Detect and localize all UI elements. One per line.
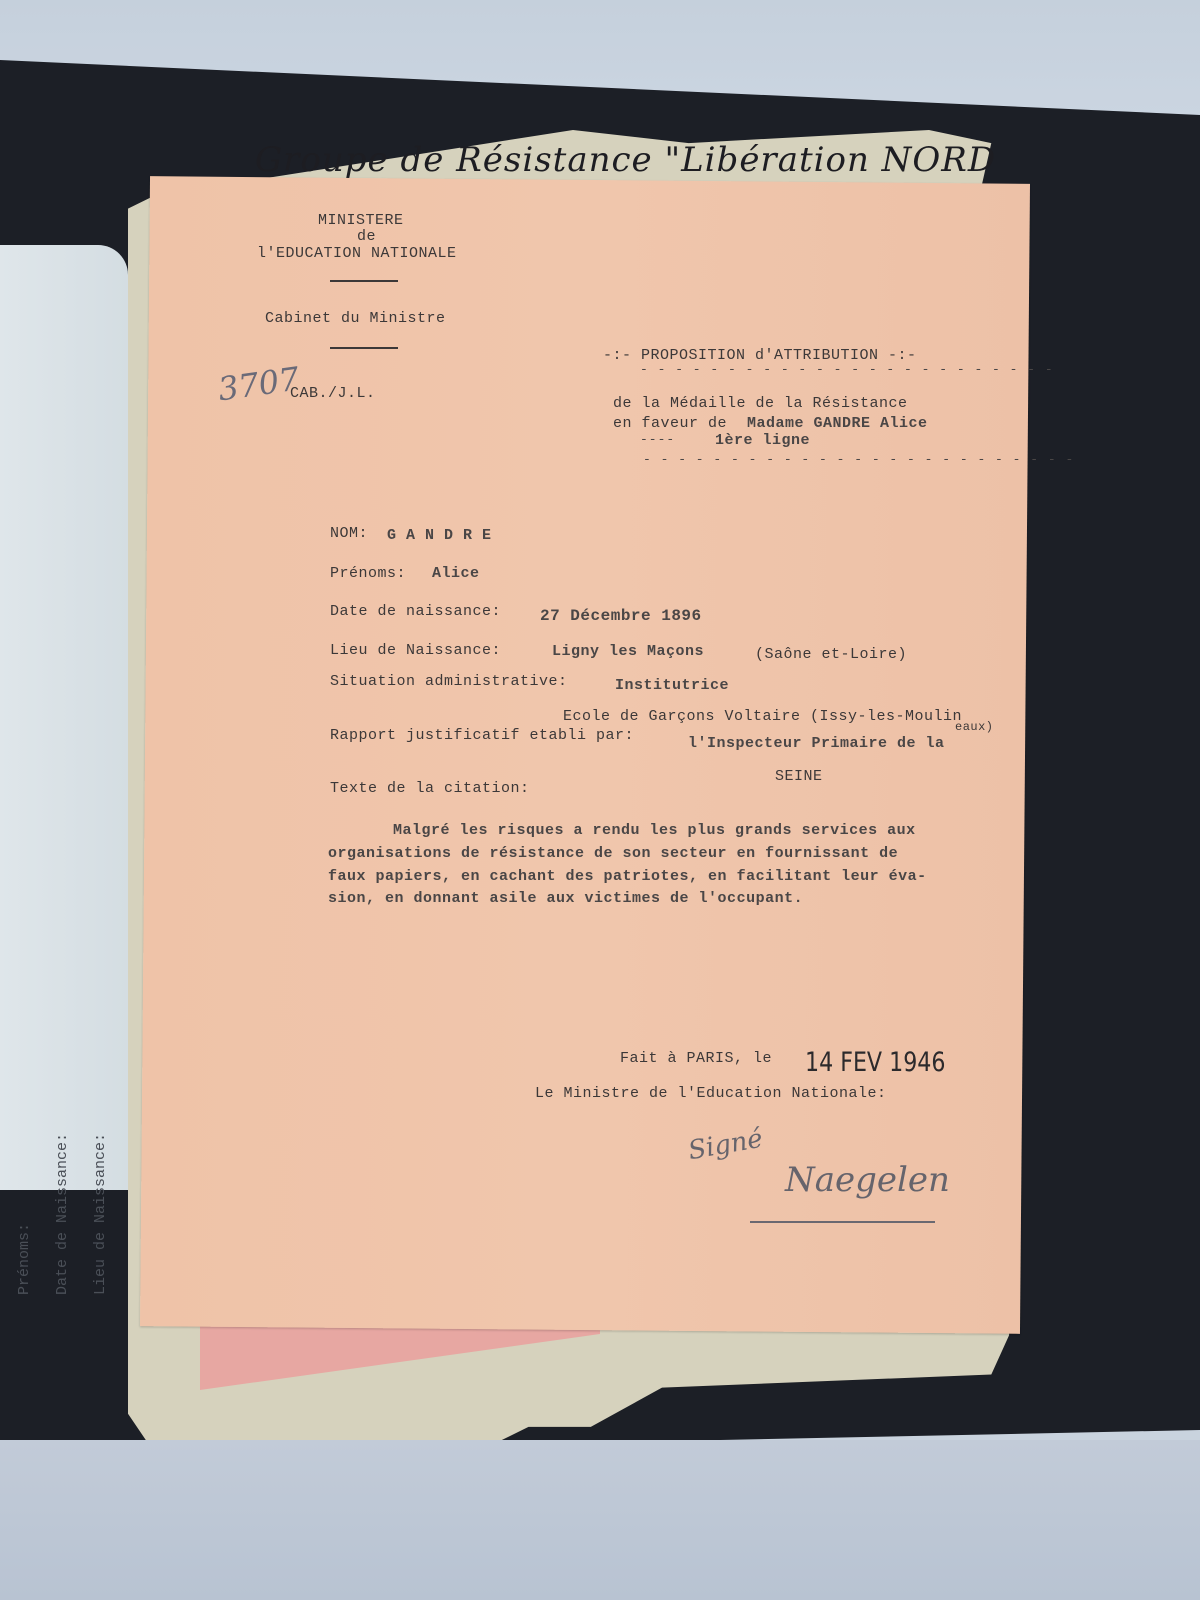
en-faveur-prefix: en faveur de bbox=[613, 415, 727, 432]
place-of-signing: Fait à PARIS, le bbox=[620, 1050, 772, 1067]
birth-date-value: 27 Décembre 1896 bbox=[540, 607, 702, 625]
signatory-title: Le Ministre de l'Education Nationale: bbox=[535, 1085, 887, 1102]
left-page-prenoms: Prénoms: bbox=[6, 1133, 44, 1295]
table-surface-bottom bbox=[0, 1440, 1200, 1600]
short-dash: ---- bbox=[640, 432, 675, 447]
handwritten-group-title: Groupe de Résistance "Libération NORD bbox=[255, 140, 996, 180]
medal-line: de la Médaille de la Résistance bbox=[613, 395, 908, 412]
typed-reference: CAB./J.L. bbox=[290, 385, 376, 402]
nom-label: NOM: bbox=[330, 525, 368, 542]
situation-value: Institutrice bbox=[615, 677, 729, 694]
school-value: Ecole de Garçons Voltaire (Issy-les-Moul… bbox=[563, 708, 962, 725]
left-adjacent-page: Prénoms: Date de Naissance: Lieu de Nais… bbox=[0, 245, 128, 1190]
prenoms-value: Alice bbox=[432, 565, 480, 582]
nom-value: G A N D R E bbox=[387, 527, 492, 544]
report-label: Rapport justificatif etabli par: bbox=[330, 727, 634, 744]
school-value-continued: eaux) bbox=[955, 720, 994, 734]
honoree-name: Madame GANDRE Alice bbox=[747, 415, 928, 432]
department-name: Cabinet du Ministre bbox=[265, 310, 446, 327]
letterhead-rule bbox=[330, 280, 398, 282]
department-rule bbox=[330, 347, 398, 349]
left-page-rotated-text: Prénoms: Date de Naissance: Lieu de Nais… bbox=[6, 1133, 120, 1295]
first-line-label: 1ère ligne bbox=[715, 432, 810, 449]
citation-line-4: sion, en donnant asile aux victimes de l… bbox=[328, 890, 803, 907]
birth-date-label: Date de naissance: bbox=[330, 603, 501, 620]
report-value-seine: SEINE bbox=[775, 768, 823, 785]
letterhead-education-nationale: l'EDUCATION NATIONALE bbox=[257, 245, 457, 262]
citation-line-2: organisations de résistance de son secte… bbox=[328, 845, 898, 862]
left-page-lieu: Lieu de Naissance: bbox=[82, 1133, 120, 1295]
title-dash-rule: - - - - - - - - - - - - - - - - - - - - … bbox=[640, 362, 1054, 377]
prenoms-label: Prénoms: bbox=[330, 565, 406, 582]
citation-line-3: faux papiers, en cachant des patriotes, … bbox=[328, 868, 927, 885]
citation-line-1: Malgré les risques a rendu les plus gran… bbox=[393, 822, 916, 839]
birth-place-label: Lieu de Naissance: bbox=[330, 642, 501, 659]
title-bottom-dash-rule: - - - - - - - - - - - - - - - - - - - - … bbox=[643, 452, 1074, 467]
letterhead-de: de bbox=[357, 228, 376, 245]
signature-underline bbox=[750, 1221, 935, 1223]
signature-name: Naegelen bbox=[785, 1160, 950, 1200]
situation-label: Situation administrative: bbox=[330, 673, 568, 690]
birth-place-region: (Saône et-Loire) bbox=[755, 646, 907, 663]
letterhead-ministere: MINISTERE bbox=[318, 212, 404, 229]
left-page-date: Date de Naissance: bbox=[44, 1133, 82, 1295]
birth-place-value: Ligny les Maçons bbox=[552, 643, 704, 660]
citation-label: Texte de la citation: bbox=[330, 780, 530, 797]
report-value: l'Inspecteur Primaire de la bbox=[688, 735, 945, 752]
date-stamp: 14 FEV 1946 bbox=[805, 1047, 945, 1078]
